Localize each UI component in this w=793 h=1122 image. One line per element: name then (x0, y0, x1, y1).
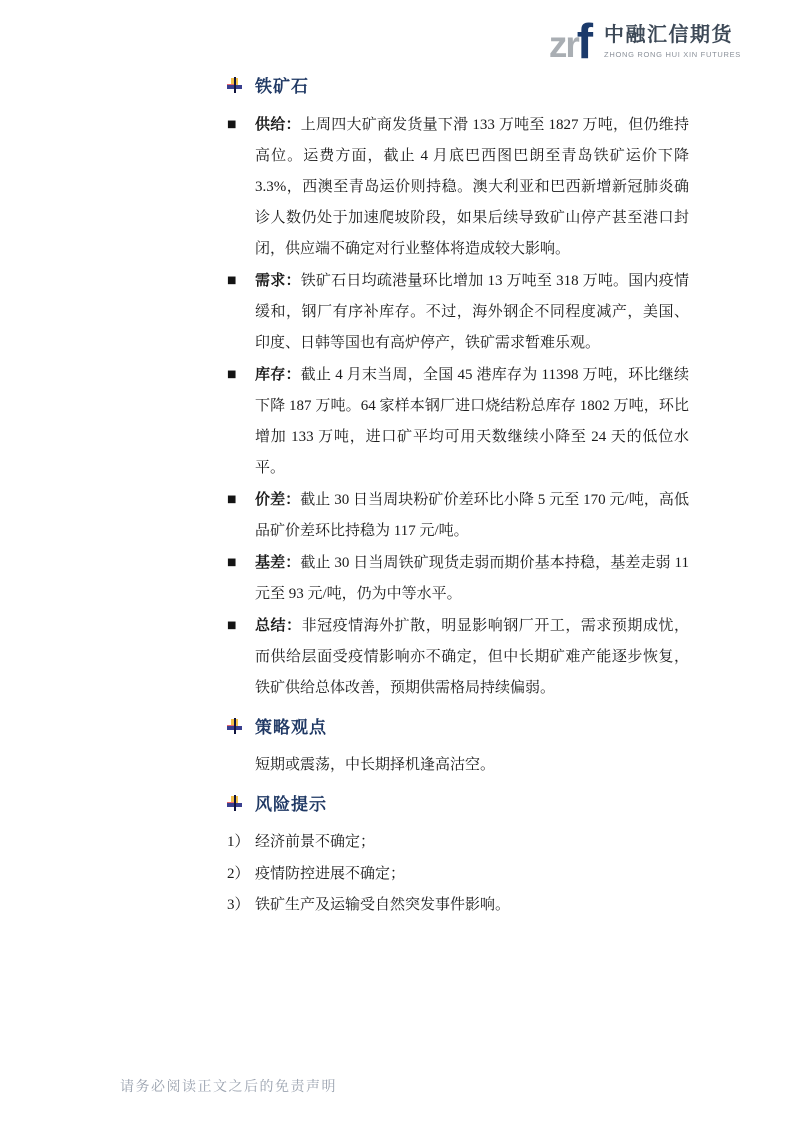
risk-item-text: 疫情防控进展不确定； (255, 859, 405, 891)
bullet-paragraph: 基差：截止 30 日当周铁矿现货走弱而期价基本持稳，基差走弱 11 元至 93 … (255, 547, 689, 610)
logo-f-text: f (577, 18, 593, 67)
section-title: 铁矿石 (255, 72, 309, 97)
section-heading-strategy: 策略观点 (227, 713, 689, 738)
risk-item-number: 1） (227, 827, 255, 859)
risk-list-item: 1） 经济前景不确定； (227, 827, 689, 859)
section-title: 策略观点 (255, 713, 327, 738)
bullet-item-summary: ■ 总结：非冠疫情海外扩散，明显影响钢厂开工，需求预期成忧，而供给层面受疫情影响… (227, 610, 689, 704)
bullet-paragraph: 库存：截止 4 月末当周，全国 45 港库存为 11398 万吨，环比继续下降 … (255, 359, 689, 484)
bullet-paragraph: 价差：截止 30 日当周块粉矿价差环比小降 5 元至 170 元/吨，高低品矿价… (255, 484, 689, 547)
bullet-item-supply: ■ 供给：上周四大矿商发货量下滑 133 万吨至 1827 万吨，但仍维持高位。… (227, 109, 689, 265)
risk-item-number: 2） (227, 859, 255, 891)
strategy-paragraph: 短期或震荡，中长期择机逢高沽空。 (255, 750, 689, 781)
bullet-text: 铁矿石日均疏港量环比增加 13 万吨至 318 万吨。国内疫情缓和，钢厂有序补库… (255, 273, 689, 351)
bullet-label: 库存： (255, 366, 301, 383)
section-marker-icon (227, 77, 242, 93)
bullet-text: 截止 30 日当周块粉矿价差环比小降 5 元至 170 元/吨，高低品矿价差环比… (255, 492, 689, 539)
risk-list-item: 2） 疫情防控进展不确定； (227, 859, 689, 891)
bullet-label: 总结： (255, 617, 302, 634)
bullet-label: 基差： (255, 554, 300, 571)
bullet-square-icon: ■ (227, 109, 255, 265)
section-marker-icon (227, 795, 242, 811)
section-title: 风险提示 (255, 790, 327, 815)
section-heading-iron-ore: 铁矿石 (227, 72, 689, 97)
bullet-label: 供给： (255, 116, 301, 133)
bullet-square-icon: ■ (227, 547, 255, 610)
bullet-item-basis: ■ 基差：截止 30 日当周铁矿现货走弱而期价基本持稳，基差走弱 11 元至 9… (227, 547, 689, 610)
risk-item-text: 经济前景不确定； (255, 827, 375, 859)
bullet-text: 非冠疫情海外扩散，明显影响钢厂开工，需求预期成忧，而供给层面受疫情影响亦不确定，… (255, 618, 689, 696)
company-name-block: 中融汇信期货 ZHONG RONG HUI XIN FUTURES (604, 18, 741, 59)
company-name-cn: 中融汇信期货 (604, 18, 741, 47)
company-logo: zr f 中融汇信期货 ZHONG RONG HUI XIN FUTURES (549, 14, 741, 63)
bullet-label: 价差： (255, 491, 300, 508)
bullet-item-price-spread: ■ 价差：截止 30 日当周块粉矿价差环比小降 5 元至 170 元/吨，高低品… (227, 484, 689, 547)
bullet-paragraph: 需求：铁矿石日均疏港量环比增加 13 万吨至 318 万吨。国内疫情缓和，钢厂有… (255, 265, 689, 359)
company-name-en: ZHONG RONG HUI XIN FUTURES (604, 50, 741, 59)
logo-zr-text: zr (549, 26, 578, 63)
zrf-logo-icon: zr f (549, 14, 593, 63)
risk-list-item: 3） 铁矿生产及运输受自然突发事件影响。 (227, 890, 689, 922)
bullet-paragraph: 总结：非冠疫情海外扩散，明显影响钢厂开工，需求预期成忧，而供给层面受疫情影响亦不… (255, 610, 689, 704)
bullet-item-inventory: ■ 库存：截止 4 月末当周，全国 45 港库存为 11398 万吨，环比继续下… (227, 359, 689, 484)
risk-item-text: 铁矿生产及运输受自然突发事件影响。 (255, 890, 510, 922)
bullet-square-icon: ■ (227, 484, 255, 547)
bullet-square-icon: ■ (227, 265, 255, 359)
bullet-text: 截止 30 日当周铁矿现货走弱而期价基本持稳，基差走弱 11 元至 93 元/吨… (255, 555, 689, 602)
section-heading-risk: 风险提示 (227, 790, 689, 815)
bullet-item-demand: ■ 需求：铁矿石日均疏港量环比增加 13 万吨至 318 万吨。国内疫情缓和，钢… (227, 265, 689, 359)
report-page: zr f 中融汇信期货 ZHONG RONG HUI XIN FUTURES 铁… (0, 0, 793, 1122)
bullet-text: 上周四大矿商发货量下滑 133 万吨至 1827 万吨，但仍维持高位。运费方面，… (255, 117, 689, 257)
bullet-paragraph: 供给：上周四大矿商发货量下滑 133 万吨至 1827 万吨，但仍维持高位。运费… (255, 109, 689, 265)
bullet-square-icon: ■ (227, 359, 255, 484)
bullet-text: 截止 4 月末当周，全国 45 港库存为 11398 万吨，环比继续下降 187… (255, 367, 689, 476)
bullet-square-icon: ■ (227, 610, 255, 704)
risk-item-number: 3） (227, 890, 255, 922)
footer-disclaimer: 请务必阅读正文之后的免责声明 (120, 1076, 337, 1096)
section-marker-icon (227, 718, 242, 734)
report-body: 铁矿石 ■ 供给：上周四大矿商发货量下滑 133 万吨至 1827 万吨，但仍维… (227, 72, 689, 922)
bullet-label: 需求： (255, 272, 301, 289)
